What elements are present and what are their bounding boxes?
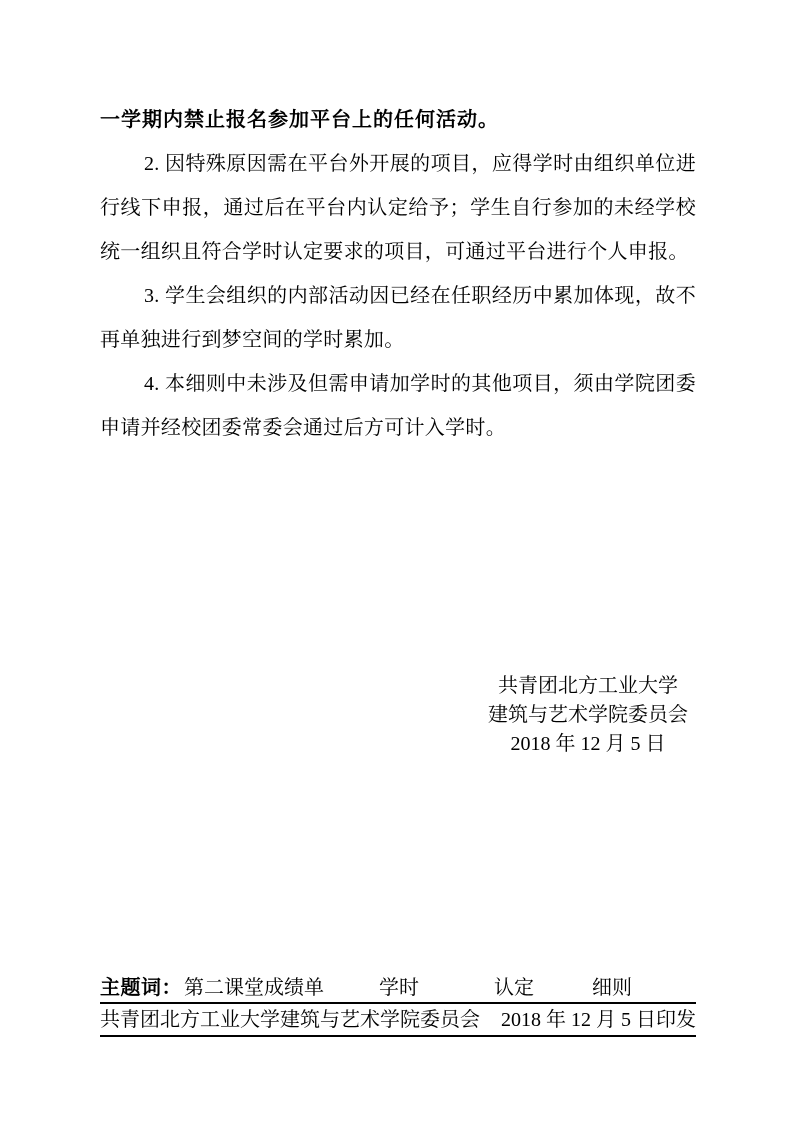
print-date: 2018 年 12 月 5 日印发 [501, 1009, 696, 1032]
issuer-line: 共青团北方工业大学建筑与艺术学院委员会 2018 年 12 月 5 日印发 [100, 1004, 696, 1037]
paragraph-2: 2. 因特殊原因需在平台外开展的项目，应得学时由组织单位进行线下申报，通过后在平… [100, 142, 696, 274]
signature-date: 2018 年 12 月 5 日 [458, 730, 718, 759]
document-body: 一学期内禁止报名参加平台上的任何活动。 2. 因特殊原因需在平台外开展的项目，应… [100, 98, 696, 450]
subject-keywords-line: 主题词： 第二课堂成绩单 学时 认定 细则 [100, 977, 696, 1004]
document-footer: 主题词： 第二课堂成绩单 学时 认定 细则 共青团北方工业大学建筑与艺术学院委员… [100, 977, 696, 1037]
paragraph-4: 4. 本细则中未涉及但需申请加学时的其他项目，须由学院团委申请并经校团委常委会通… [100, 362, 696, 450]
subject-keyword: 细则 [592, 977, 632, 999]
subject-label: 主题词： [100, 977, 182, 999]
subject-keyword: 学时 [379, 977, 419, 999]
subject-keyword: 第二课堂成绩单 [184, 977, 324, 999]
document-page: 一学期内禁止报名参加平台上的任何活动。 2. 因特殊原因需在平台外开展的项目，应… [0, 0, 800, 1131]
signature-block: 共青团北方工业大学 建筑与艺术学院委员会 2018 年 12 月 5 日 [458, 672, 718, 759]
signature-org-line1: 共青团北方工业大学 [458, 672, 718, 701]
issuer-name: 共青团北方工业大学建筑与艺术学院委员会 [100, 1009, 480, 1032]
subject-keyword: 认定 [494, 977, 534, 999]
signature-org-line2: 建筑与艺术学院委员会 [458, 701, 718, 730]
paragraph-3: 3. 学生会组织的内部活动因已经在任职经历中累加体现，故不再单独进行到梦空间的学… [100, 274, 696, 362]
continuation-line: 一学期内禁止报名参加平台上的任何活动。 [100, 98, 696, 142]
